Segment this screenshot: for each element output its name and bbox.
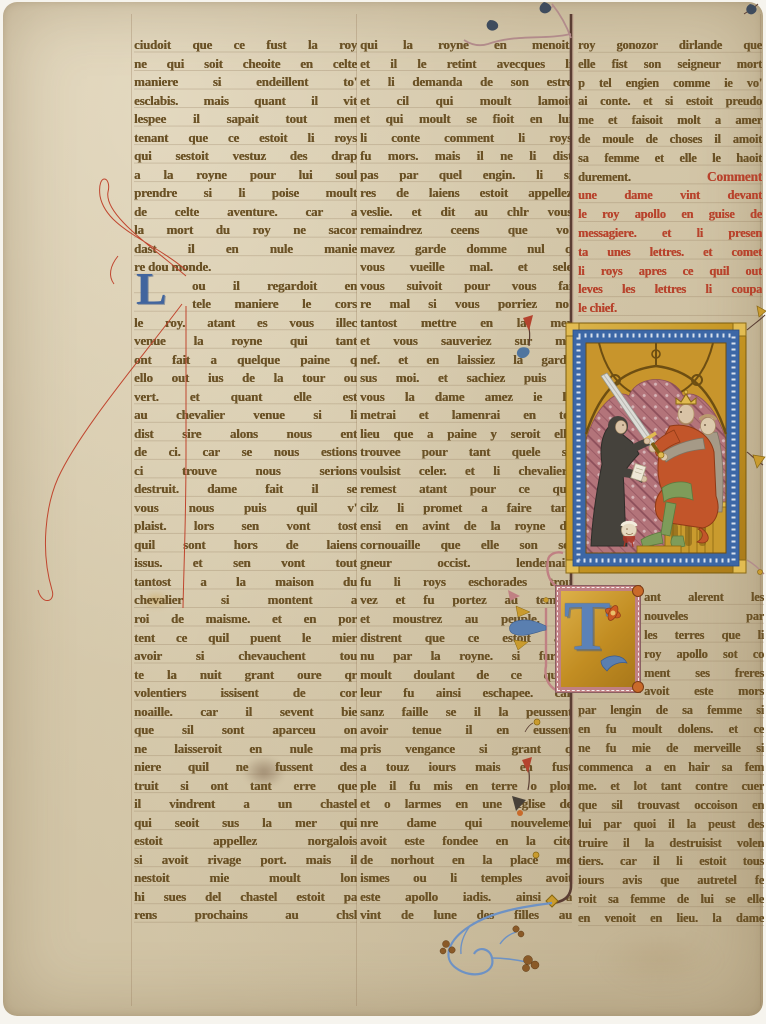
text-line: de moule de choses il amoit — [578, 130, 762, 149]
text-line: de norhout en la place me — [360, 851, 572, 870]
text-line: vous vueille mal. et sele — [360, 258, 572, 277]
miniature-frame — [566, 323, 746, 573]
text-line: nestoit mie moult lon — [134, 869, 357, 888]
text-line: le chief. — [578, 299, 762, 318]
attendant-hand — [661, 454, 668, 461]
text-line: voulsist celer. et li chevaliers — [360, 462, 572, 481]
attendant-arm — [662, 438, 705, 462]
text-line: vert. et quant elle est — [134, 388, 357, 407]
text-line: issus. et sen vont tout — [134, 554, 357, 573]
text-line: prendre si li poise moult — [134, 184, 357, 203]
text-line: iours avis que autretel fe — [578, 871, 764, 890]
text-line: il vindrent a un chastel — [134, 795, 357, 814]
crown — [676, 394, 696, 404]
text-line: truit si ont tant erre que — [134, 777, 357, 796]
miniature-inner-rule — [586, 343, 726, 553]
text-line: destruit. dame fait il se — [134, 480, 357, 499]
text-line: estoit appellez norgalois — [134, 832, 357, 851]
text-line: et qui moult se fioit en lui — [360, 110, 572, 129]
text-line: este apollo iadis. ainsi a — [360, 888, 572, 907]
text-line: metrai et lamenrai en tel — [360, 406, 572, 425]
text-line: vint de lune des filles au — [360, 906, 572, 925]
text-line: te la nuit grant oure qr — [134, 666, 357, 685]
text-line: p tel engien comme ie vo' — [578, 74, 762, 93]
text-line: mavez garde domme nul q — [360, 240, 572, 259]
text-line: li conte comment li roys — [360, 129, 572, 148]
text-line: a la royne pour lui soul — [134, 166, 357, 185]
text-line: nu par la royne. si furent — [360, 647, 572, 666]
text-line: et cil qui moult lamoit — [360, 92, 572, 111]
text-line: remest atant pour ce que — [360, 480, 572, 499]
text-column-3-upper: roy gonozor dirlande queelle fist son se… — [578, 36, 762, 318]
text-line: ello out ius de la tour ou — [134, 369, 357, 388]
text-line: que sil sont aparceu on — [134, 721, 357, 740]
mixed-brown-text: durement. — [578, 168, 631, 187]
text-line: roi de maisme. et en por — [134, 610, 357, 629]
text-line: distrent que ce estoit ave — [360, 629, 572, 648]
text-line: res de laiens estoit appellez — [360, 184, 572, 203]
text-line: a touz iours mais en fust — [360, 758, 572, 777]
text-line: plaist. lors sen vont tost — [134, 517, 357, 536]
text-line: avoit este fondee en la cite — [360, 832, 572, 851]
text-line: la mort du roy ne sacor — [134, 221, 357, 240]
text-line: dast il en nule manie — [134, 240, 357, 259]
text-line: pas par quel engin. li si — [360, 166, 572, 185]
text-line: chevalier si montent a — [134, 591, 357, 610]
text-line: avoir tenue il en eussent — [360, 721, 572, 740]
sword — [601, 373, 664, 458]
decorated-initial-L: L — [136, 269, 188, 311]
text-line: remaindrez ceens que vo' — [360, 221, 572, 240]
text-line: ont fait a quelque paine q — [134, 351, 357, 370]
miniature-blue-border — [573, 330, 739, 566]
text-line: ne laisseroit en nule ma — [134, 740, 357, 759]
text-line: maniere si endeillent to' — [134, 73, 357, 92]
text-line: ensi en avint de la royne de — [360, 517, 572, 536]
text-line: nre dame qui nouvelemet — [360, 814, 572, 833]
text-line: tantost a la maison du — [134, 573, 357, 592]
text-line: nef. et en laissiez la garde — [360, 351, 572, 370]
text-line: ple il fu mis en terre o plor — [360, 777, 572, 796]
text-line: leur fu ainsi eschapee. car — [360, 684, 572, 703]
text-line: volentiers issisent de cor — [134, 684, 357, 703]
text-line: et moustrez au peuple. et — [360, 610, 572, 629]
text-line: trouvee pour tant quele se — [360, 443, 572, 462]
text-line: tantost mettre en la mer — [360, 314, 572, 333]
text-line: moult doulant de ce quele — [360, 666, 572, 685]
text-line: de celte aventure. car a — [134, 203, 357, 222]
text-line: commenca a en hair sa fem — [578, 758, 764, 777]
text-line: sa femme et elle le haoit — [578, 149, 762, 168]
text-line: roit sa femme de lui se elle — [578, 890, 764, 909]
text-line: le roy apollo en guise de — [578, 205, 762, 224]
text-line: cornouaille que elle son sei — [360, 536, 572, 555]
text-line: en fu moult dolens. et ce — [578, 720, 764, 739]
letter — [631, 463, 646, 481]
text-line: cilz li promet a faire tant — [360, 499, 572, 518]
text-line: et il le retint avecques li — [360, 55, 572, 74]
text-line: au chevalier venue si li — [134, 406, 357, 425]
text-line: dist sire alons nous ent — [134, 425, 357, 444]
frame-knob — [632, 681, 644, 693]
text-line: et li demanda de son estre — [360, 73, 572, 92]
text-line: tiers. car il li estoit tous — [578, 852, 764, 871]
shadow-stain — [600, 930, 720, 990]
text-line: truire il la destruisist volen — [578, 834, 764, 853]
throne-bench — [662, 502, 726, 553]
text-line: me et faisoit molt a amer — [578, 111, 762, 130]
text-line: ai conte. et si estoit preudo — [578, 92, 762, 111]
text-line: le roy. atant es vous illec — [134, 314, 357, 333]
text-line: tenant que ce estoit li roys — [134, 129, 357, 148]
initial-letter: L — [136, 263, 167, 314]
text-line: me. et lot tant contre cuer — [578, 777, 764, 796]
miniature-gold-ground — [586, 343, 726, 553]
text-line: que sil trouvast occoison en — [578, 796, 764, 815]
text-column-2: qui la royne en menoit.et il le retint a… — [360, 36, 572, 925]
text-line: messagiere. et li presen — [578, 224, 762, 243]
rose-diaper-background — [586, 380, 726, 554]
text-line: lui par quoi il la peust des — [578, 815, 764, 834]
text-line: niere quil ne fussent des — [134, 758, 357, 777]
text-line: li roys apres ce quil out — [578, 262, 762, 281]
king-figure — [637, 390, 718, 553]
text-line: ne fu mie de merveille si — [578, 739, 764, 758]
text-line: par lengin de sa femme si — [578, 701, 764, 720]
text-line: re mal si vous porriez no' — [360, 295, 572, 314]
footstool — [637, 546, 681, 553]
text-line: avoir si chevauchent tou — [134, 647, 357, 666]
text-line: vous nous puis quil v' — [134, 499, 357, 518]
text-line: ta unes lettres. et comet — [578, 243, 762, 262]
miniature-illustration — [565, 322, 747, 574]
text-line: vous la dame amez ie la — [360, 388, 572, 407]
text-line: fu mors. mais il ne li dist — [360, 147, 572, 166]
text-line: esclabis. mais quant il vit — [134, 92, 357, 111]
text-line: ci trouve nous serions — [134, 462, 357, 481]
text-line: vous suivoit pour vous fai — [360, 277, 572, 296]
text-line: en venoit en lieu. la dame — [578, 909, 764, 928]
text-line: hi sues del chastel estoit pa — [134, 888, 357, 907]
col3-brown-text: roy gonozor dirlande queelle fist son se… — [578, 36, 762, 168]
text-line: sus moi. et sachiez puis q — [360, 369, 572, 388]
initial-letter: T — [564, 587, 611, 667]
text-line: veslie. et dit au chlr vous — [360, 203, 572, 222]
ruling-line-vertical — [131, 14, 132, 1006]
rubric: une dame vint devantle roy apollo en gui… — [578, 186, 762, 318]
miniature-tracery — [586, 343, 726, 434]
rubric-incipit: Comment — [707, 168, 762, 187]
text-line: sanz faille se il la peussent — [360, 703, 572, 722]
severed-head — [622, 522, 637, 547]
text-line: pris vengance si grant q — [360, 740, 572, 759]
text-line: une dame vint devant — [578, 186, 762, 205]
text-line: vez et fu portez au temple — [360, 591, 572, 610]
text-line: ne qui soit cheoite en celte — [134, 55, 357, 74]
text-line: de ci. car se nous estions — [134, 443, 357, 462]
text-line: lespee il sapait tout men — [134, 110, 357, 129]
text-line: qui seoit sus la mer qui — [134, 814, 357, 833]
decorated-initial-T: T — [556, 586, 640, 692]
text-line: leves les lettres li coupa — [578, 280, 762, 299]
text-line: elle fist son seigneur mort — [578, 55, 762, 74]
text-line: ismes ou li temples avoit — [360, 869, 572, 888]
text-line: qui la royne en menoit. — [360, 36, 572, 55]
text-line: ciudoit que ce fust la roy — [134, 36, 357, 55]
text-line: quil sont hors de laiens — [134, 536, 357, 555]
messenger-figure — [591, 416, 650, 546]
attendant-figure — [692, 416, 723, 513]
text-line: gneur occist. lendemain — [360, 554, 572, 573]
text-line: qui sestoit vestuz des drap — [134, 147, 357, 166]
text-line: tent ce quil puent le mier — [134, 629, 357, 648]
text-line: venue la royne qui tant — [134, 332, 357, 351]
text-column-1: ciudoit que ce fust la royne qui soit ch… — [134, 36, 357, 925]
text-line: lieu que a paine y seroit elle — [360, 425, 572, 444]
text-line: rens prochains au chsl — [134, 906, 357, 925]
text-line: et o larmes en une eglise de — [360, 795, 572, 814]
text-line: fu li roys eschorades trou — [360, 573, 572, 592]
text-line: roy gonozor dirlande que — [578, 36, 762, 55]
text-line: si avoit rivage port. mais il — [134, 851, 357, 870]
manuscript-page: ciudoit que ce fust la royne qui soit ch… — [0, 0, 766, 1024]
text-line: et vous sauveriez sur ma — [360, 332, 572, 351]
text-line: noaille. car il sevent bie — [134, 703, 357, 722]
text-line-mixed: durement. Comment — [578, 168, 762, 187]
frame-knob — [632, 585, 644, 597]
